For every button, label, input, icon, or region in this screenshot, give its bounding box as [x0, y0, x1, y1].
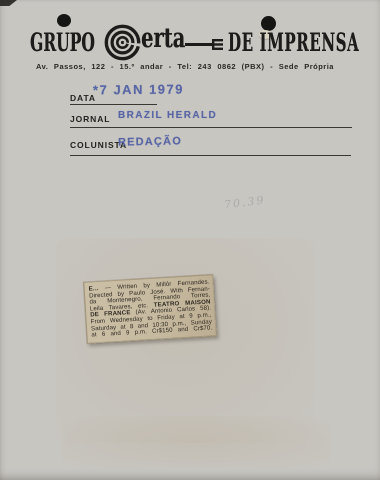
glue-stain-bottom [62, 416, 330, 468]
field-rule-data [70, 104, 157, 105]
brand-logo-text: erta [141, 25, 185, 53]
field-rule-jornal [70, 127, 352, 128]
punch-hole-left [57, 14, 71, 27]
field-rule-colunista [70, 155, 351, 156]
dart-arrow-icon [185, 38, 225, 51]
newspaper-clipping: E... — Written by Millôr Fernandes.Direc… [83, 274, 216, 344]
date-stamp: *7 JAN 1979 [93, 82, 184, 98]
clipping-text: E... — Written by Millôr Fernandes.Direc… [89, 279, 213, 339]
jornal-stamp: BRAZIL HERALD [118, 110, 217, 121]
target-logo-icon [104, 24, 141, 61]
field-label-jornal: JORNAL [70, 114, 110, 124]
pencil-note: 70.39 [223, 194, 266, 212]
brand-suffix: DE IMPRENSA [228, 30, 359, 56]
field-label-data: DATA [70, 93, 96, 103]
press-clipping-sheet: GRUPO erta DE IMPRENSA Av. Passos, 122 -… [0, 0, 380, 480]
brand-prefix: GRUPO [30, 30, 95, 56]
colunista-stamp: REDAÇÃO [118, 135, 182, 148]
scan-corner-mark [0, 0, 17, 6]
address-line: Av. Passos, 122 - 15.º andar - Tel: 243 … [0, 62, 370, 71]
